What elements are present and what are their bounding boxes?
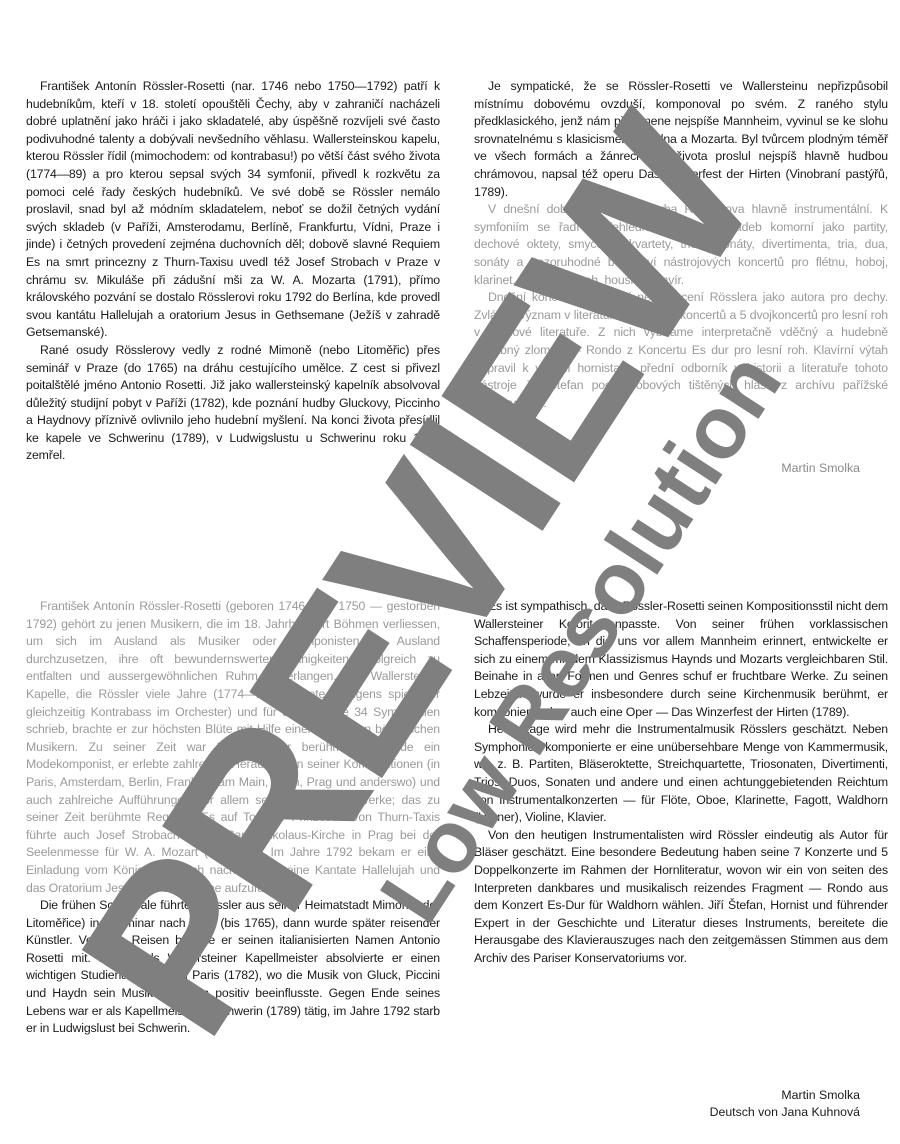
german-signature-block: Martin Smolka Deutsch von Jana Kuhnová xyxy=(560,1087,860,1121)
czech-text-right-column: Je sympatické, že se Rössler-Rosetti ve … xyxy=(474,78,888,412)
paragraph: Dnešní koncertní praxe si nejvíce cení R… xyxy=(474,289,888,412)
paragraph: Die frühen Schicksale führten Rössler au… xyxy=(26,897,440,1038)
paragraph: Rané osudy Rösslerovy vedly z rodné Mimo… xyxy=(26,342,440,465)
paragraph: František Antonín Rössler-Rosetti (nar. … xyxy=(26,78,440,342)
paragraph: František Antonín Rössler-Rosetti (gebor… xyxy=(26,598,440,897)
paragraph: Es ist sympathisch, dass Rössler-Rosetti… xyxy=(474,598,888,721)
german-text-right-column: Es ist sympathisch, dass Rössler-Rosetti… xyxy=(474,598,888,967)
translator-credit: Deutsch von Jana Kuhnová xyxy=(560,1104,860,1121)
czech-signature: Martin Smolka xyxy=(660,460,860,477)
paragraph: Von den heutigen Instrumentalisten wird … xyxy=(474,827,888,968)
german-text-left-column: František Antonín Rössler-Rosetti (gebor… xyxy=(26,598,440,1038)
czech-text-left-column: František Antonín Rössler-Rosetti (nar. … xyxy=(26,78,440,465)
author-name: Martin Smolka xyxy=(560,1087,860,1104)
paragraph: V dnešní době je ceněna tvorba Rösslerov… xyxy=(474,201,888,289)
paragraph: Heutzutage wird mehr die Instrumentalmus… xyxy=(474,721,888,827)
paragraph: Je sympatické, že se Rössler-Rosetti ve … xyxy=(474,78,888,201)
